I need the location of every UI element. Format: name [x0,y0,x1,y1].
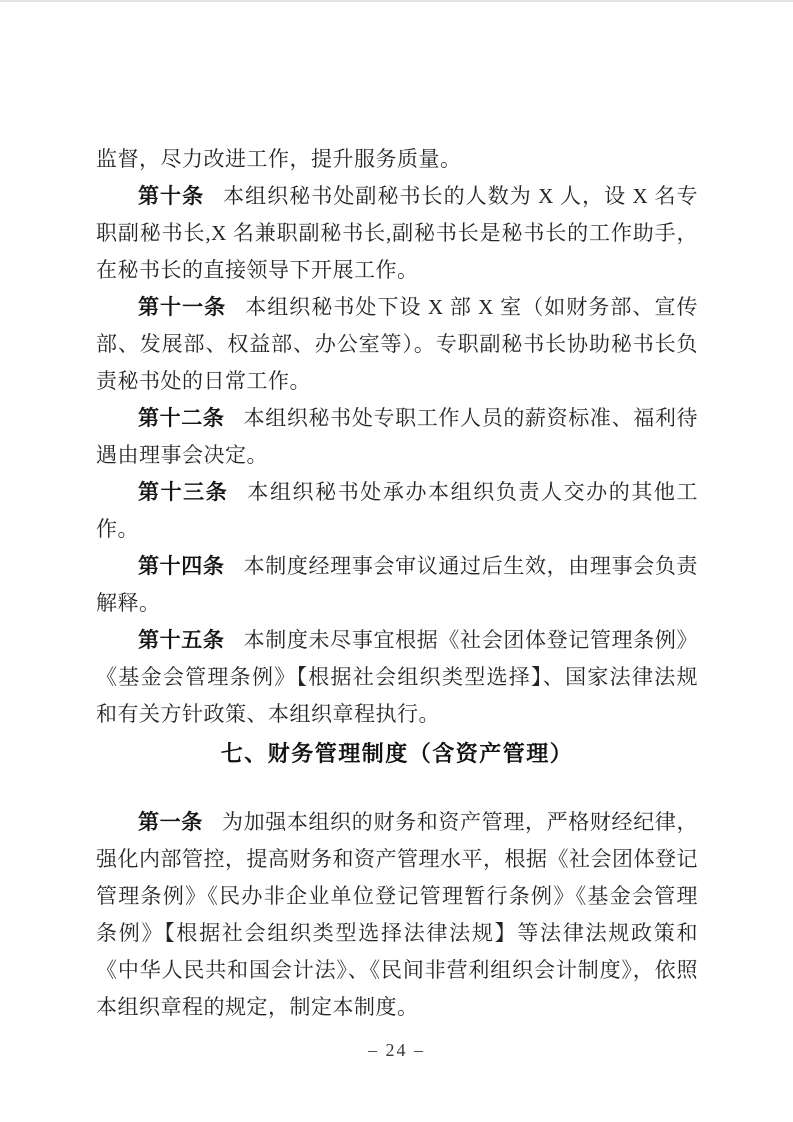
paragraph: 第十二条本组织秘书处专职工作人员的薪资标准、福利待遇由理事会决定。 [96,400,698,474]
article-number: 第十四条 [138,554,244,578]
section-finance-rules: 七、财务管理制度（含资产管理） 第一条为加强本组织的财务和资产管理，严格财经纪律… [96,735,698,1026]
paragraph: 第十条本组织秘书处副秘书长的人数为 X 人，设 X 名专职副秘书长,X 名兼职副… [96,178,698,289]
article-number: 第一条 [138,810,222,834]
paragraph: 第十一条本组织秘书处下设 X 部 X 室（如财务部、宣传部、发展部、权益部、办公… [96,289,698,400]
paragraph-text: 为加强本组织的财务和资产管理，严格财经纪律，强化内部管控，提高财务和资产管理水平… [96,810,698,1019]
paragraph: 监督，尽力改进工作，提升服务质量。 [96,141,698,178]
page-footer: – 24 – [0,1040,793,1061]
paragraph: 第一条为加强本组织的财务和资产管理，严格财经纪律，强化内部管控，提高财务和资产管… [96,804,698,1026]
document-page: 监督，尽力改进工作，提升服务质量。 第十条本组织秘书处副秘书长的人数为 X 人，… [0,0,793,1122]
article-number: 第十条 [138,184,223,208]
article-number: 第十一条 [138,295,245,319]
article-number: 第十二条 [138,406,244,430]
paragraph: 第十三条本组织秘书处承办本组织负责人交办的其他工作。 [96,474,698,548]
paragraph: 第十四条本制度经理事会审议通过后生效，由理事会负责解释。 [96,548,698,622]
section-heading: 七、财务管理制度（含资产管理） [96,735,698,772]
article-number: 第十三条 [138,480,247,504]
paragraph-text: 监督，尽力改进工作，提升服务质量。 [96,147,462,171]
page-body: 监督，尽力改进工作，提升服务质量。 第十条本组织秘书处副秘书长的人数为 X 人，… [96,141,698,1026]
page-number: – 24 – [368,1040,425,1060]
paragraph: 第十五条本制度未尽事宜根据《社会团体登记管理条例》《基金会管理条例》【根据社会组… [96,622,698,733]
article-number: 第十五条 [138,628,244,652]
section-secretariat-rules: 监督，尽力改进工作，提升服务质量。 第十条本组织秘书处副秘书长的人数为 X 人，… [96,141,698,733]
